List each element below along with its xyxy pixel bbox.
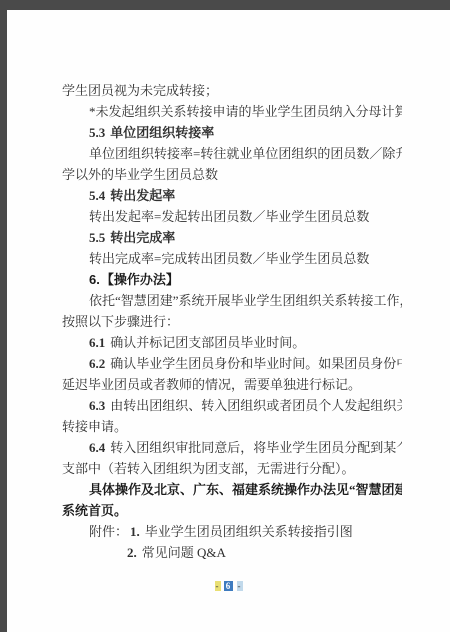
doc-line: 单位团组织转接率=转往就业单位团组织的团员数／除升 [62, 143, 402, 164]
page-number-dash-left: - [215, 581, 221, 591]
doc-footnote-line: *未发起组织关系转接申请的毕业学生团员纳入分母计算。 [62, 101, 402, 122]
doc-line: 支部中（若转入团组织为团支部，无需进行分配）。 [62, 458, 402, 479]
document-page: 学生团员视为未完成转接； *未发起组织关系转接申请的毕业学生团员纳入分母计算。 … [7, 10, 450, 632]
doc-line: 学以外的毕业学生团员总数 [62, 164, 402, 185]
section-heading-6: 6.【操作办法】 [62, 269, 402, 290]
doc-line: 按照以下步骤进行： [62, 311, 402, 332]
document-body: 学生团员视为未完成转接； *未发起组织关系转接申请的毕业学生团员纳入分母计算。 … [62, 80, 402, 563]
page-number-dash-right: - [237, 581, 243, 591]
doc-bold-line: 系统首页。 [62, 500, 402, 521]
page-number: - 6 - [7, 580, 450, 592]
step-6-4: 6.4转入团组织审批同意后，将毕业学生团员分配到某个团 [62, 437, 402, 458]
attachment-item-2: 2.常见问题 Q&A [62, 542, 402, 563]
step-6-3: 6.3由转出团组织、转入团组织或者团员个人发起组织关系 [62, 395, 402, 416]
doc-line: 转出发起率=发起转出团员数／毕业学生团员总数 [62, 206, 402, 227]
doc-line: 依托“智慧团建”系统开展毕业学生团组织关系转接工作， [62, 290, 402, 311]
attachment-item-1: 附件：1.毕业学生团员团组织关系转接指引图 [62, 521, 402, 542]
step-6-2: 6.2确认毕业学生团员身份和毕业时间。如果团员身份中有 [62, 353, 402, 374]
doc-line: 转接申请。 [62, 416, 402, 437]
section-heading-5-4: 5.4转出发起率 [62, 185, 402, 206]
doc-line: 学生团员视为未完成转接； [62, 80, 402, 101]
doc-line: 转出完成率=完成转出团员数／毕业学生团员总数 [62, 248, 402, 269]
viewer-top-bar [0, 0, 450, 10]
section-heading-5-3: 5.3单位团组织转接率 [62, 122, 402, 143]
section-heading-5-5: 5.5转出完成率 [62, 227, 402, 248]
viewer-left-edge [0, 0, 7, 632]
step-6-1: 6.1确认并标记团支部团员毕业时间。 [62, 332, 402, 353]
page-number-value: 6 [224, 581, 234, 591]
doc-bold-line: 具体操作及北京、广东、福建系统操作办法见“智慧团建” [62, 479, 402, 500]
doc-line: 延迟毕业团员或者教师的情况，需要单独进行标记。 [62, 374, 402, 395]
